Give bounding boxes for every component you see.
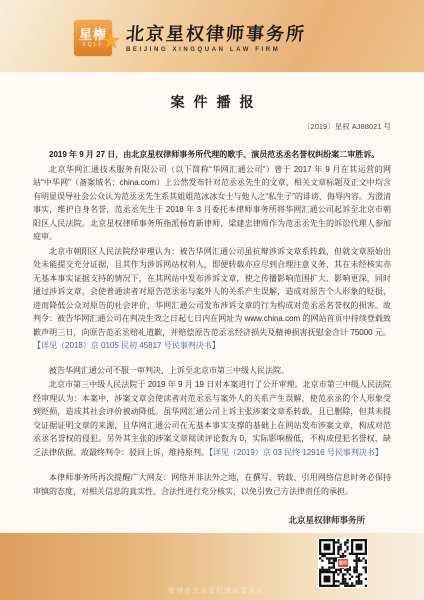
paragraph: 2019 年 9 月 27 日，由北京星权律师事务所代理的歌手、演员范丞丞名誉权…: [33, 148, 391, 162]
paragraph: 本律师事务所再次提醒广大网友：网络并非法外之地，在撰写、转载、引用网络信息时务必…: [33, 471, 391, 498]
firm-logo: 星権 XQLF ★: [74, 20, 120, 60]
text-segment: 被告华网汇通公司不服一审判决，上诉至北京市第三中级人民法院。: [49, 366, 289, 375]
judgment-citation: 【详见（2018）京 0105 民初 45817 号民事判决书】: [33, 341, 220, 350]
text-segment: 2019 年 9 月 27 日，由北京星权律师事务所代理的歌手、演员范丞丞名誉权…: [49, 150, 379, 159]
page: 星権 XQLF ★ 北京星权律师事务所 BEIJING XINGQUAN LAW…: [0, 0, 424, 600]
judgment-citation: 【详见（2019）京 03 民终 12916 号民事判决书】: [209, 448, 383, 457]
case-number: 〔2019〕星权 AJ88021 号: [33, 121, 391, 132]
paragraph: 北京华网汇通技术服务有限公司（以下简称“华网汇通公司”）曾于 2017 年 9 …: [33, 163, 391, 244]
firm-name-english: BEIJING XINGQUAN LAW FIRM: [126, 47, 386, 53]
signature-firm: 北京星权律师事务所: [33, 514, 365, 526]
qr-center-badge: 星权: [337, 558, 349, 568]
body-paragraphs: 2019 年 9 月 27 日，由北京星权律师事务所代理的歌手、演员范丞丞名誉权…: [33, 148, 391, 498]
document-body: 案件播报 〔2019〕星权 AJ88021 号 2019 年 9 月 27 日，…: [33, 72, 391, 546]
star-icon: ★: [101, 30, 121, 52]
firm-name-chinese: 北京星权律师事务所: [125, 24, 386, 44]
paragraph: 被告华网汇通公司不服一审判决，上诉至北京市第三中级人民法院。: [33, 364, 391, 378]
footer: 星权 微博@北京星权律师事务所: [0, 533, 424, 600]
text-segment: 北京华网汇通技术服务有限公司（以下简称“华网汇通公司”）曾于 2017 年 9 …: [33, 165, 391, 242]
paragraph: 北京市第三中级人民法院于 2019 年 9 月 19 日对本案进行了公开审理。北…: [33, 378, 391, 459]
firm-names: 北京星权律师事务所 BEIJING XINGQUAN LAW FIRM: [126, 24, 386, 53]
weibo-caption: 微博@北京星权律师事务所: [168, 586, 264, 596]
text-segment: 北京市朝阳区人民法院经审理认为：被告华网汇通公司虽抗辩涉诉文章系转载，但就文章原…: [33, 247, 391, 337]
text-segment: 北京市第三中级人民法院于 2019 年 9 月 19 日对本案进行了公开审理。北…: [33, 380, 391, 457]
text-segment: 本律师事务所再次提醒广大网友：网络并非法外之地，在撰写、转载、引用网络信息时务必…: [33, 473, 391, 496]
letterhead: 星権 XQLF ★ 北京星权律师事务所 BEIJING XINGQUAN LAW…: [0, 0, 424, 72]
qr-code: 星权: [318, 538, 368, 588]
paragraph: 北京市朝阳区人民法院经审理认为：被告华网汇通公司虽抗辩涉诉文章系转载，但就文章原…: [33, 245, 391, 353]
qr-badge-label: 星权: [338, 559, 348, 567]
document-title: 案件播报: [33, 92, 391, 112]
